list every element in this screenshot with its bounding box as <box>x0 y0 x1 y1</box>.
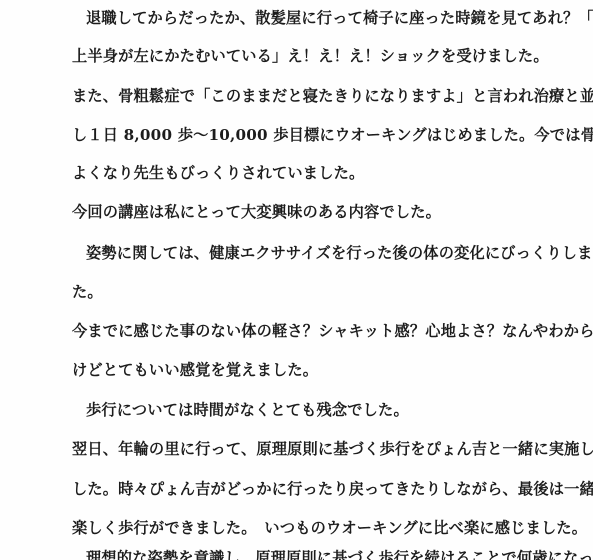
text-line: 姿勢に関しては、健康エクササイズを行った後の体の変化にびっくりしまし <box>86 244 593 262</box>
scanned-document-page: 退職してからだったか、散髪屋に行って椅子に座った時鏡を見てあれ？「私 上半身が左… <box>0 0 593 560</box>
text-line: 上半身が左にかたむいている」え！え！え！ショックを受けました。 <box>72 47 549 65</box>
text-line: 楽しく歩行ができました。 いつものウオーキングに比べ楽に感じました。 <box>72 519 587 537</box>
text-line: また、骨粗鬆症で「このままだと寝たきりになりますよ」と言われ治療と並行 <box>72 87 593 105</box>
text-line: 翌日、年輪の里に行って、原理原則に基づく歩行をぴょん吉と一緒に実施しま <box>72 440 593 458</box>
text-line: けどとてもいい感覚を覚えました。 <box>72 361 318 379</box>
text-line: 今までに感じた事のない体の軽さ？シャキット感？心地よさ？なんやわからん <box>72 322 593 340</box>
text-line: 退職してからだったか、散髪屋に行って椅子に座った時鏡を見てあれ？「私 <box>86 9 593 27</box>
text-line: よくなり先生もびっくりされていました。 <box>72 164 364 182</box>
text-line: た。 <box>72 283 103 301</box>
text-line: 歩行については時間がなくとても残念でした。 <box>86 401 409 419</box>
text-line: 今回の講座は私にとって大変興味のある内容でした。 <box>72 203 441 221</box>
text-line: し１日 8,000 歩〜10,000 歩目標にウオーキングはじめました。今では骨… <box>72 126 593 144</box>
text-line: した。時々ぴょん吉がどっかに行ったり戻ってきたりしながら、最後は一緒に <box>72 480 593 498</box>
text-line: 理想的な姿勢を意識し、原理原則に基づく歩行を続けることで何歳になって <box>86 549 593 560</box>
